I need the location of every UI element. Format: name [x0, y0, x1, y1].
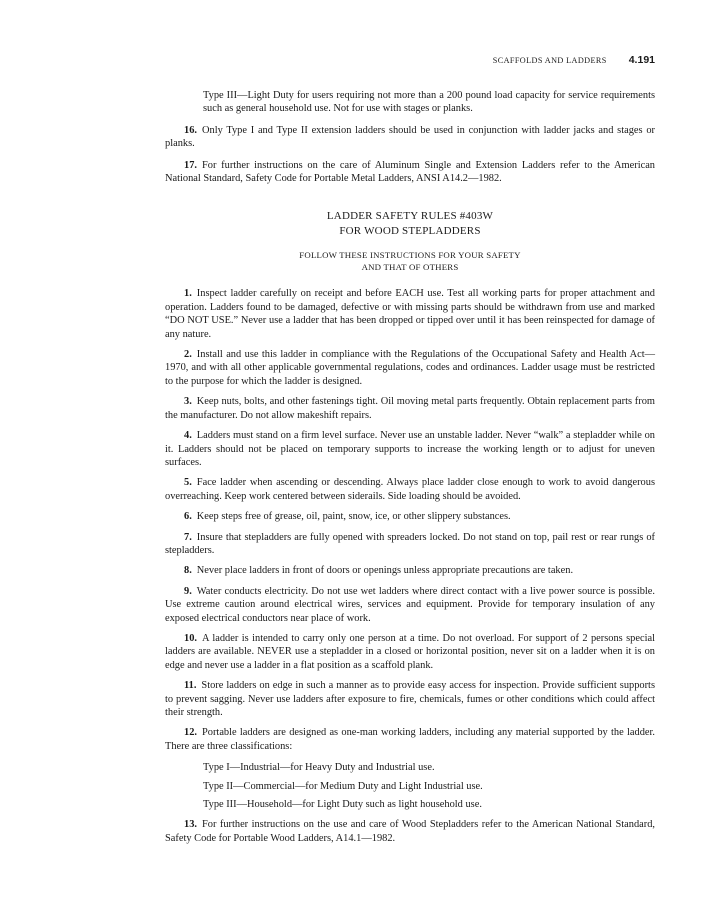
rule-13-text: For further instructions on the use and …	[165, 819, 655, 843]
rule-10-number: 10.	[184, 633, 202, 644]
rule-5-number: 5.	[184, 477, 197, 488]
rule-10-text: A ladder is intended to carry only one p…	[165, 633, 655, 671]
rule-4: 4.Ladders must stand on a firm level sur…	[165, 429, 655, 469]
rule-4-text: Ladders must stand on a firm level surfa…	[165, 430, 655, 468]
section-subtitle-line1: FOLLOW THESE INSTRUCTIONS FOR YOUR SAFET…	[165, 250, 655, 262]
rule-1-text: Inspect ladder carefully on receipt and …	[165, 288, 655, 339]
page-content: SCAFFOLDS AND LADDERS 4.191 Type III—Lig…	[165, 0, 655, 845]
page-header: SCAFFOLDS AND LADDERS 4.191	[165, 0, 655, 68]
rule-5: 5.Face ladder when ascending or descendi…	[165, 476, 655, 503]
rule-1-number: 1.	[184, 288, 197, 299]
rule-7-number: 7.	[184, 532, 197, 543]
rule-9-number: 9.	[184, 586, 197, 597]
rule-6-number: 6.	[184, 511, 197, 522]
rule-13: 13.For further instructions on the use a…	[165, 818, 655, 845]
rule-6-text: Keep steps free of grease, oil, paint, s…	[197, 511, 511, 522]
rule-2: 2.Install and use this ladder in complia…	[165, 348, 655, 388]
page-number: 4.191	[629, 54, 655, 66]
section-subtitle: FOLLOW THESE INSTRUCTIONS FOR YOUR SAFET…	[165, 250, 655, 273]
running-title: SCAFFOLDS AND LADDERS	[493, 56, 607, 65]
rule-3: 3.Keep nuts, bolts, and other fastenings…	[165, 395, 655, 422]
classification-type3: Type III—Household—for Light Duty such a…	[203, 798, 655, 811]
document-page: SCAFFOLDS AND LADDERS 4.191 Type III—Lig…	[0, 0, 718, 900]
rule-11: 11.Store ladders on edge in such a manne…	[165, 679, 655, 719]
rule-10: 10.A ladder is intended to carry only on…	[165, 632, 655, 672]
rule-2-text: Install and use this ladder in complianc…	[165, 349, 655, 387]
classification-type1: Type I—Industrial—for Heavy Duty and Ind…	[203, 761, 655, 774]
rule-12-text: Portable ladders are designed as one-man…	[165, 727, 655, 751]
rule-8-number: 8.	[184, 565, 197, 576]
rule-1: 1.Inspect ladder carefully on receipt an…	[165, 287, 655, 341]
section-subtitle-line2: AND THAT OF OTHERS	[165, 262, 655, 274]
rule-7: 7.Insure that stepladders are fully open…	[165, 531, 655, 558]
classification-type2: Type II—Commercial—for Medium Duty and L…	[203, 780, 655, 793]
rule-7-text: Insure that stepladders are fully opened…	[165, 532, 655, 556]
rule-8: 8.Never place ladders in front of doors …	[165, 564, 655, 577]
intro-item-16-text: Only Type I and Type II extension ladder…	[165, 125, 655, 149]
intro-item-17: 17.For further instructions on the care …	[165, 159, 655, 186]
section-title: LADDER SAFETY RULES #403W FOR WOOD STEPL…	[165, 209, 655, 238]
rule-11-number: 11.	[184, 680, 201, 691]
rule-13-number: 13.	[184, 819, 202, 830]
lead-paragraph-type3: Type III—Light Duty for users requiring …	[203, 89, 655, 116]
rule-12-number: 12.	[184, 727, 202, 738]
intro-item-17-text: For further instructions on the care of …	[165, 160, 655, 184]
classification-list: Type I—Industrial—for Heavy Duty and Ind…	[203, 761, 655, 811]
rule-3-number: 3.	[184, 396, 197, 407]
rule-5-text: Face ladder when ascending or descending…	[165, 477, 655, 501]
rule-3-text: Keep nuts, bolts, and other fastenings t…	[165, 396, 655, 420]
intro-item-16: 16.Only Type I and Type II extension lad…	[165, 124, 655, 151]
rule-6: 6.Keep steps free of grease, oil, paint,…	[165, 510, 655, 523]
section-title-line1: LADDER SAFETY RULES #403W	[165, 209, 655, 224]
rule-8-text: Never place ladders in front of doors or…	[197, 565, 573, 576]
rule-9: 9.Water conducts electricity. Do not use…	[165, 585, 655, 625]
intro-item-16-number: 16.	[184, 125, 202, 136]
rule-4-number: 4.	[184, 430, 197, 441]
rule-9-text: Water conducts electricity. Do not use w…	[165, 586, 655, 624]
intro-item-17-number: 17.	[184, 160, 202, 171]
rule-12: 12.Portable ladders are designed as one-…	[165, 726, 655, 753]
section-title-line2: FOR WOOD STEPLADDERS	[165, 224, 655, 239]
rule-2-number: 2.	[184, 349, 197, 360]
rule-11-text: Store ladders on edge in such a manner a…	[165, 680, 655, 718]
